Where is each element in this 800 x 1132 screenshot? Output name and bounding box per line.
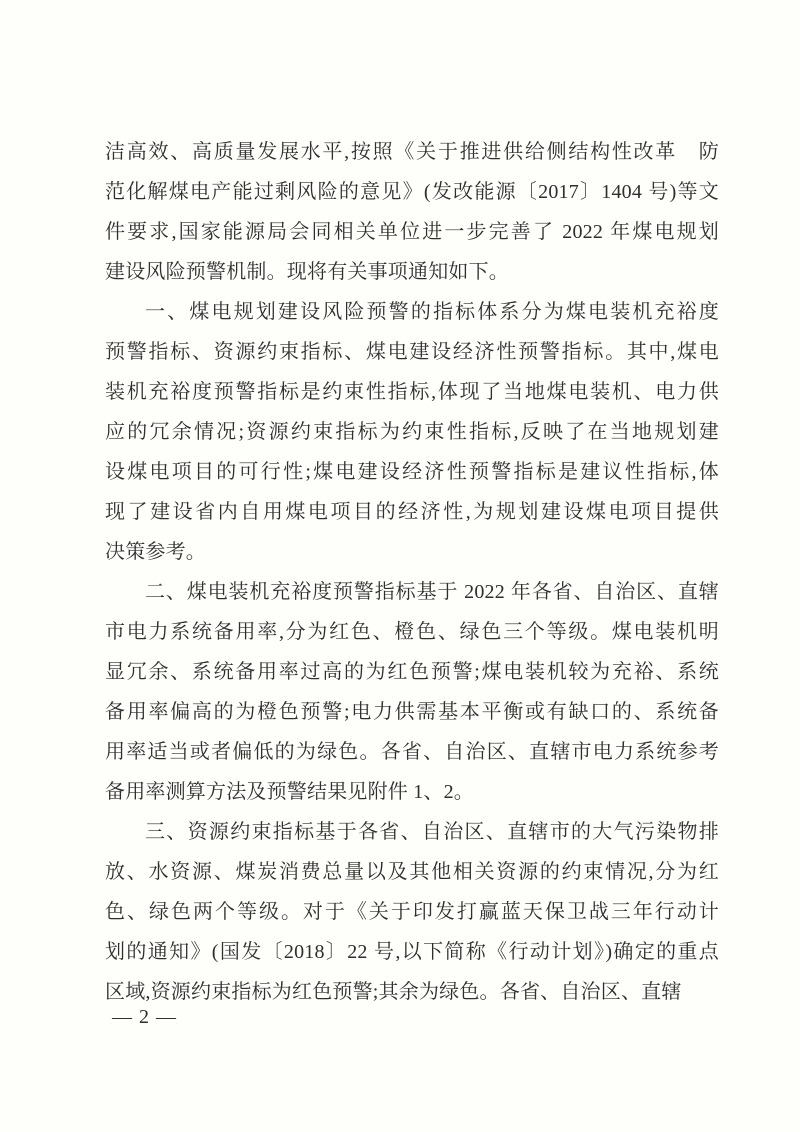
paragraph-3-line-5: 用率适当或者偏低的为绿色。各省、自治区、直辖市电力系统参考 [105, 732, 719, 772]
page-number: — 2 — [112, 997, 177, 1037]
paragraph-1-line-4: 建设风险预警机制。现将有关事项通知如下。 [105, 252, 719, 292]
paragraph-2-line-6: 现了建设省内自用煤电项目的经济性,为规划建设煤电项目提供 [105, 492, 719, 532]
paragraph-1-line-2: 范化解煤电产能过剩风险的意见》(发改能源〔2017〕1404 号)等文 [105, 172, 719, 212]
paragraph-2-line-7: 决策参考。 [105, 532, 719, 572]
paragraph-1-line-3: 件要求,国家能源局会同相关单位进一步完善了 2022 年煤电规划 [105, 212, 719, 252]
paragraph-4-line-2: 放、水资源、煤炭消费总量以及其他相关资源的约束情况,分为红 [105, 852, 719, 892]
paragraph-3-line-3: 显冗余、系统备用率过高的为红色预警;煤电装机较为充裕、系统 [105, 652, 719, 692]
document-body-text: 洁高效、高质量发展水平,按照《关于推进供给侧结构性改革 防范化解煤电产能过剩风险… [105, 132, 719, 1012]
paragraph-4-line-4: 划的通知》(国发〔2018〕22 号,以下简称《行动计划》)确定的重点 [105, 932, 719, 972]
paragraph-3-line-6: 备用率测算方法及预警结果见附件 1、2。 [105, 772, 719, 812]
paragraph-2-line-4: 应的冗余情况;资源约束指标为约束性指标,反映了在当地规划建 [105, 412, 719, 452]
paragraph-2-line-5: 设煤电项目的可行性;煤电建设经济性预警指标是建议性指标,体 [105, 452, 719, 492]
paragraph-4-line-5: 区域,资源约束指标为红色预警;其余为绿色。各省、自治区、直辖 [105, 972, 719, 1012]
paragraph-2-line-3: 装机充裕度预警指标是约束性指标,体现了当地煤电装机、电力供 [105, 372, 719, 412]
paragraph-2-line-2: 预警指标、资源约束指标、煤电建设经济性预警指标。其中,煤电 [105, 332, 719, 372]
paragraph-2-line-1: 一、煤电规划建设风险预警的指标体系分为煤电装机充裕度 [105, 292, 719, 332]
paragraph-3-line-4: 备用率偏高的为橙色预警;电力供需基本平衡或有缺口的、系统备 [105, 692, 719, 732]
paragraph-3-line-1: 二、煤电装机充裕度预警指标基于 2022 年各省、自治区、直辖 [105, 572, 719, 612]
paragraph-4-line-1: 三、资源约束指标基于各省、自治区、直辖市的大气污染物排 [105, 812, 719, 852]
document-page: 洁高效、高质量发展水平,按照《关于推进供给侧结构性改革 防范化解煤电产能过剩风险… [0, 0, 800, 1132]
paragraph-1-line-1: 洁高效、高质量发展水平,按照《关于推进供给侧结构性改革 防 [105, 132, 719, 172]
paragraph-3-line-2: 市电力系统备用率,分为红色、橙色、绿色三个等级。煤电装机明 [105, 612, 719, 652]
paragraph-4-line-3: 色、绿色两个等级。对于《关于印发打赢蓝天保卫战三年行动计 [105, 892, 719, 932]
